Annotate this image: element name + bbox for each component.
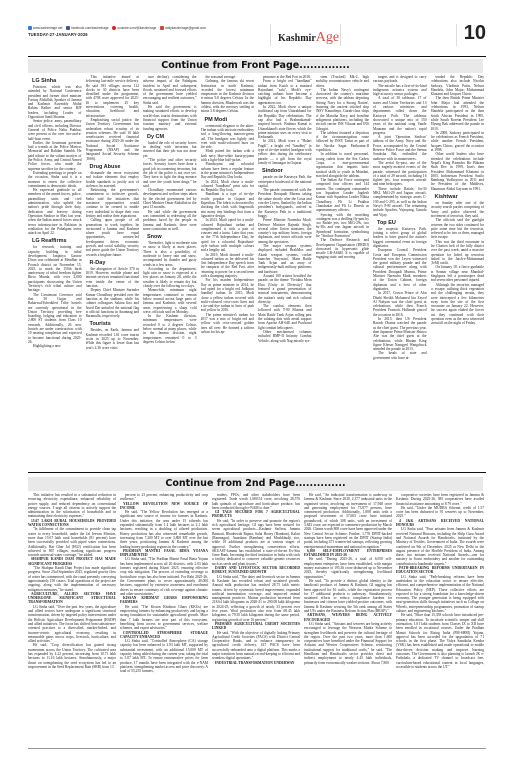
- article-paragraph: The Indian Navy's contingent showcased t…: [316, 88, 370, 131]
- article-paragraph: In 2015, then US President Barack Obama …: [373, 317, 427, 351]
- article-subheading: DAIRY AND LIVESTOCK SECTOR RECORDED ROBU…: [212, 566, 300, 575]
- article-paragraph: targets and is designed to carry various…: [373, 75, 427, 84]
- article-headline: LG Sinha: [32, 78, 82, 84]
- article-paragraph: In 2017, Crown Prince of Abu Dhabi Sheik…: [373, 291, 427, 317]
- mail-icon: [160, 26, 164, 30]
- section-banner-front-page: Continue from Front Page..............: [28, 59, 483, 73]
- article-column: He said, "An industrial transformation i…: [304, 493, 392, 745]
- article-column: stem (Tracked) Mk-2, high mobility recon…: [316, 75, 370, 470]
- article-paragraph: LG Sinha said, "Four artisans from Jammu…: [396, 527, 484, 566]
- article-paragraph: LG Sinha said, "The Pradhan Mantri Fasal…: [120, 557, 208, 596]
- article-column: cooperative societies have been register…: [396, 493, 484, 745]
- email-link[interactable]: dailykashmirage@gmail.com: [160, 26, 206, 30]
- article-subheading: SHAHPUR KANDI DAM PROJECT HAS MADE SIGNI…: [28, 557, 116, 566]
- article-headline: Sindoor: [262, 168, 312, 174]
- page-number: 10: [464, 22, 486, 45]
- article-paragraph: The major weapon systems displayed inclu…: [258, 244, 312, 274]
- article-paragraph: He said, "During 2025-26, a total of 6,0…: [304, 557, 392, 578]
- article-headline: PM Modi: [205, 117, 255, 123]
- article-paragraph: "In fulfilment of the commitment to prov…: [28, 527, 116, 557]
- article-paragraph: parade on the Kartavya Path, the centrep…: [258, 175, 312, 188]
- article-paragraph: Reiterating the government's commitment …: [86, 188, 140, 218]
- article-paragraph: From a bright red "bandhani" turban from…: [258, 79, 312, 105]
- globe-icon: [28, 26, 32, 30]
- article-paragraph: The tableau featured a depiction of the …: [316, 131, 370, 152]
- article-paragraph: LG Sinha said, "Path-breaking reforms ha…: [396, 575, 484, 614]
- article-paragraph: A total of 30 tableaux, 17 of states and…: [373, 96, 427, 135]
- article-paragraph: Gulmarg, the famous ski resort destinati…: [201, 79, 255, 113]
- article-paragraph: The parade commenced with the President …: [258, 188, 312, 218]
- article-paragraph: These include Rafale, Su-30 MKI, MiG-29 …: [373, 187, 427, 217]
- article-headline: Kishtwar: [435, 194, 485, 200]
- article-column: targets and is designed to carry various…: [373, 75, 427, 470]
- article-paragraph: He said, "Under the MUDRA Scheme, credit…: [396, 506, 484, 519]
- article-paragraph: Around 100 artistes heralded the parade,…: [258, 274, 312, 304]
- article-headline: R-Day: [90, 260, 140, 266]
- article-headline: Snow: [147, 234, 197, 240]
- article-paragraph: Extending greetings to people on the occ…: [28, 171, 82, 188]
- article-subheading: PRIMARY AGRICULTURAL CREDIT SOCIETIES LI…: [212, 622, 300, 631]
- article-paragraph: Other mechanised columns included BMP-II…: [258, 330, 312, 343]
- newspaper-logo: KashmirAge: [278, 28, 339, 46]
- article-paragraph: LG Sinha said, "Over the past few years,…: [28, 605, 116, 644]
- article-paragraph: The prime minister's turban for 2017 was…: [201, 313, 255, 334]
- article-paragraph: on Sunday after one of the security sear…: [431, 201, 485, 218]
- article-subheading: PATH-BREAKING REFORMS UNDERTAKEN IN EDUC…: [396, 566, 484, 575]
- article-paragraph: European Council President Costa and Eur…: [373, 248, 427, 291]
- article-subheading: KISSAN KHIDMAT GHARS EMPOWERING FARMERS: [120, 596, 208, 605]
- article-paragraph: He said, "The Kissan Khidmat Ghars (KKGs…: [120, 605, 208, 631]
- article-paragraph: The combat elements then followed with T…: [258, 304, 312, 330]
- article-paragraph: In addition to naval personnel, young ca…: [316, 152, 370, 178]
- facebook-icon: [66, 26, 70, 30]
- article-column: This initiative aimed at delivering last…: [86, 75, 140, 470]
- article-paragraph: sure decline), considering the adverse i…: [143, 75, 197, 105]
- article-paragraph: The Lieutenant Governor said that 38 Guj…: [28, 293, 82, 345]
- article-paragraph: In 2021, Modi wore a "Halari Pagdi", a b…: [258, 139, 312, 165]
- section-banner-2nd-page: Continue from 2nd Page..............: [28, 477, 483, 491]
- article-paragraph: In 2023, Modi opted for a multi-coloured…: [201, 218, 255, 252]
- article-paragraph: stem (Tracked) Mk-2, high mobility recon…: [316, 75, 370, 88]
- article-paragraph: He said the government is making sustain…: [143, 105, 197, 131]
- article-column: the seasonal average.Gulmarg, the famous…: [201, 75, 255, 470]
- article-paragraph: Besides, on Earth, Jammu and Kashmir rec…: [86, 328, 140, 349]
- article-paragraph: Function, which was also attended by Nat…: [28, 85, 82, 119]
- article-paragraph: Other world leaders who have attended th…: [431, 152, 485, 191]
- article-paragraph: Calling upon people of all generations t…: [86, 218, 140, 257]
- article-paragraph: In the Kashmir division, minimum tempera…: [143, 314, 197, 344]
- article-paragraph: Choudhary enumerated various development…: [143, 188, 197, 209]
- article-paragraph: A joint 'Operation Sindoor' tableau of t…: [373, 135, 427, 161]
- article-paragraph: In 2019, Modi donned a multi-coloured tu…: [201, 253, 255, 279]
- article-paragraph: In 2022, Modi chose a unique traditional…: [258, 105, 312, 139]
- article-paragraph: Deputy Chief Minister Surinder Kumar Cho…: [86, 288, 140, 318]
- divider: [270, 24, 271, 46]
- article-paragraph: He said, "With the objective of digitall…: [212, 631, 300, 661]
- article-paragraph: Emphasising social justice, the Union Te…: [86, 118, 140, 161]
- article-subheading: AGRICULTURE, ALLIED SECTORS HAVE UNDERGO…: [28, 592, 116, 605]
- article-paragraph: The then British Prime Minister John Maj…: [431, 96, 485, 130]
- article-column: traders, FPOs, and other stakeholders ha…: [212, 493, 300, 745]
- contact-links: www.kashmirage.net facebook.com/kashmira…: [28, 26, 209, 30]
- article-headline: Dy CM: [147, 134, 197, 140]
- article-paragraph: This initiative aimed at delivering last…: [86, 75, 140, 118]
- website-link[interactable]: www.kashmirage.net: [28, 26, 62, 30]
- article-paragraph: Highlighting a new: [28, 344, 82, 348]
- article-paragraph: He said, "Crop diversification has gaine…: [28, 643, 116, 669]
- article-paragraph: dismantle the terror ecosystem and isola…: [86, 171, 140, 188]
- article-paragraph: Syncing with the marching contingent was…: [316, 213, 370, 239]
- article-headline: Drug Abuse: [90, 164, 140, 170]
- article-paragraph: This initiative has resulted in a substa…: [28, 493, 116, 519]
- article-paragraph: LG Sinha said, "Artisans and weavers are…: [304, 622, 392, 665]
- article-column: This initiative has resulted in a substa…: [28, 493, 116, 745]
- article-paragraph: This was the third encounter in the Chat…: [431, 240, 485, 266]
- article-paragraph: traders, FPOs, and other stakeholders ha…: [212, 493, 300, 510]
- article-paragraph: lauded the role of security forces in de…: [143, 141, 197, 158]
- article-subheading: GI TAGS SECURED FOR 7 AGRICULTURAL PRODU…: [212, 510, 300, 519]
- article-paragraph: The aerial fly-past, one of the most eag…: [373, 161, 427, 187]
- article-paragraph: The officials said the gunfight between …: [431, 218, 485, 239]
- article-paragraph: He said, "The Yellow Revolution has emer…: [120, 510, 208, 549]
- article-paragraph: Thereafter, light to moderate rain or sn…: [143, 241, 197, 267]
- article-paragraph: Although the terrorists managed to escap…: [431, 283, 485, 326]
- article-paragraph: He said, "An industrial transformation i…: [304, 493, 392, 549]
- youtube-icon: [112, 26, 116, 30]
- article-paragraph: On January 18, a fierce gunbattle in Son…: [431, 265, 485, 282]
- article-column: pearance at the Red Fort in 2018.From a …: [258, 75, 312, 470]
- article-paragraph: For his maiden Independence Day as prime…: [201, 278, 255, 312]
- section-2nd-page-columns: This initiative has resulted in a substa…: [28, 493, 484, 745]
- article-paragraph: percent to 23 percent, enhancing product…: [120, 493, 208, 502]
- article-headline: LG Reaffirms: [32, 238, 82, 244]
- divider: [340, 24, 341, 46]
- facebook-link[interactable]: facebook.com/kashmirage: [66, 26, 108, 30]
- article-headline: Tourists: [90, 321, 140, 327]
- article-paragraph: Senior police, army, paramilitary and ci…: [28, 119, 82, 140]
- article-paragraph: He expressed gratitude to all members of…: [28, 188, 82, 235]
- article-paragraph: tended the Republic Day celebrations als…: [431, 75, 485, 96]
- footer-rule: [28, 748, 486, 749]
- article-paragraph: He said, "In order to preserve and promo…: [212, 519, 300, 566]
- article-paragraph: The Defence Research and Development Org…: [316, 238, 370, 259]
- youtube-link[interactable]: youtube.com/@kashmirage: [112, 26, 156, 30]
- article-paragraph: Bandhani is a type of tie-dye textile po…: [201, 192, 255, 218]
- article-paragraph: LG Sinha said, "The dairy and livestock …: [212, 575, 300, 622]
- article-subheading: YELLOW REVOLUTION NEW SOURCE OF INCOME: [120, 502, 208, 511]
- article-headline: Top EU: [377, 220, 427, 226]
- article-paragraph: The heads of state and government who ha…: [373, 351, 427, 360]
- section-front-page-columns: LG SinhaFunction, which was also attende…: [28, 75, 484, 470]
- article-paragraph: Flamboyant and colourful turbans have be…: [201, 162, 255, 179]
- article-subheading: PRADHAN MANTRI FASAL BIMA YOJANA IMPLEME…: [120, 549, 208, 558]
- article-column: tended the Republic Day celebrations als…: [431, 75, 485, 470]
- article-paragraph: for research, training and capacity buil…: [28, 245, 82, 292]
- article-subheading: 6,050 SELF-EMPLOYMENT ENTERPRISES ESTABL…: [304, 549, 392, 558]
- article-subheading: INDUSTRIAL TRANSFORMATION UNDERWAY: [212, 661, 300, 665]
- article-column: percent to 23 percent, enhancing product…: [120, 493, 208, 745]
- article-paragraph: He said, "More than 15,358 schools have …: [396, 613, 484, 669]
- article-subheading: 15.67 LAKH RURAL HOUSEHOLDS PROVIDED WAT…: [28, 519, 116, 528]
- article-subheading: ARTISANS, WEAVERS BEING ACTIVELY ENCOURA…: [304, 613, 392, 622]
- article-paragraph: the abrogation of Article 370 in 2019. H…: [86, 267, 140, 288]
- article-paragraph: the majestic Kartavya Path, joining a se…: [373, 227, 427, 248]
- article-paragraph: He said, "To provide a distinct global i…: [304, 579, 392, 613]
- article-column: LG SinhaFunction, which was also attende…: [28, 75, 82, 470]
- article-paragraph: "The police and other security forces. S…: [143, 158, 197, 188]
- article-subheading: CONTROLLED ATMOSPHERE STORAGE CAPACITY E…: [120, 631, 208, 640]
- article-subheading: 4 J&K ARTISANS RECEIVED NATIONAL HONOURS: [396, 519, 484, 528]
- article-paragraph: Prime Minister Narendra Modi, Defence Mi…: [258, 218, 312, 244]
- header-rule: [28, 56, 486, 57]
- masthead: www.kashmirage.net facebook.com/kashmira…: [28, 24, 486, 56]
- article-paragraph: LG Sinha said, "Controlled Atmosphere (C…: [120, 639, 208, 673]
- article-paragraph: In 2008, Sarkozy participated in the cel…: [431, 131, 485, 152]
- article-paragraph: The Indian Air Force contingent comprise…: [316, 178, 370, 212]
- article-paragraph: According to the department, light rain …: [143, 267, 197, 288]
- article-paragraph: Modi paired the turban with a dark navy …: [201, 149, 255, 162]
- article-paragraph: The missile has a first-of-its-kind indi…: [373, 84, 427, 97]
- article-paragraph: Meanwhile, minimum night temperatures co…: [143, 288, 197, 314]
- article-column: sure decline), considering the adverse i…: [143, 75, 197, 470]
- section-rule: [28, 472, 486, 473]
- article-paragraph: Earlier, the lieutenant governor laid a …: [28, 141, 82, 171]
- article-paragraph: cooperative societies have been register…: [396, 493, 484, 506]
- article-paragraph: He said while the government was committ…: [143, 210, 197, 231]
- article-paragraph: In 2024, Modi chose a multi-coloured "ba…: [201, 180, 255, 193]
- divider: [456, 24, 457, 46]
- issue-date: TUESDAY-27-JANUARY-2026: [28, 32, 88, 37]
- article-paragraph: ceremonial elegance to the attire. The t…: [201, 124, 255, 150]
- article-paragraph: "The Shahpur Kandi Dam Project has made …: [28, 566, 116, 592]
